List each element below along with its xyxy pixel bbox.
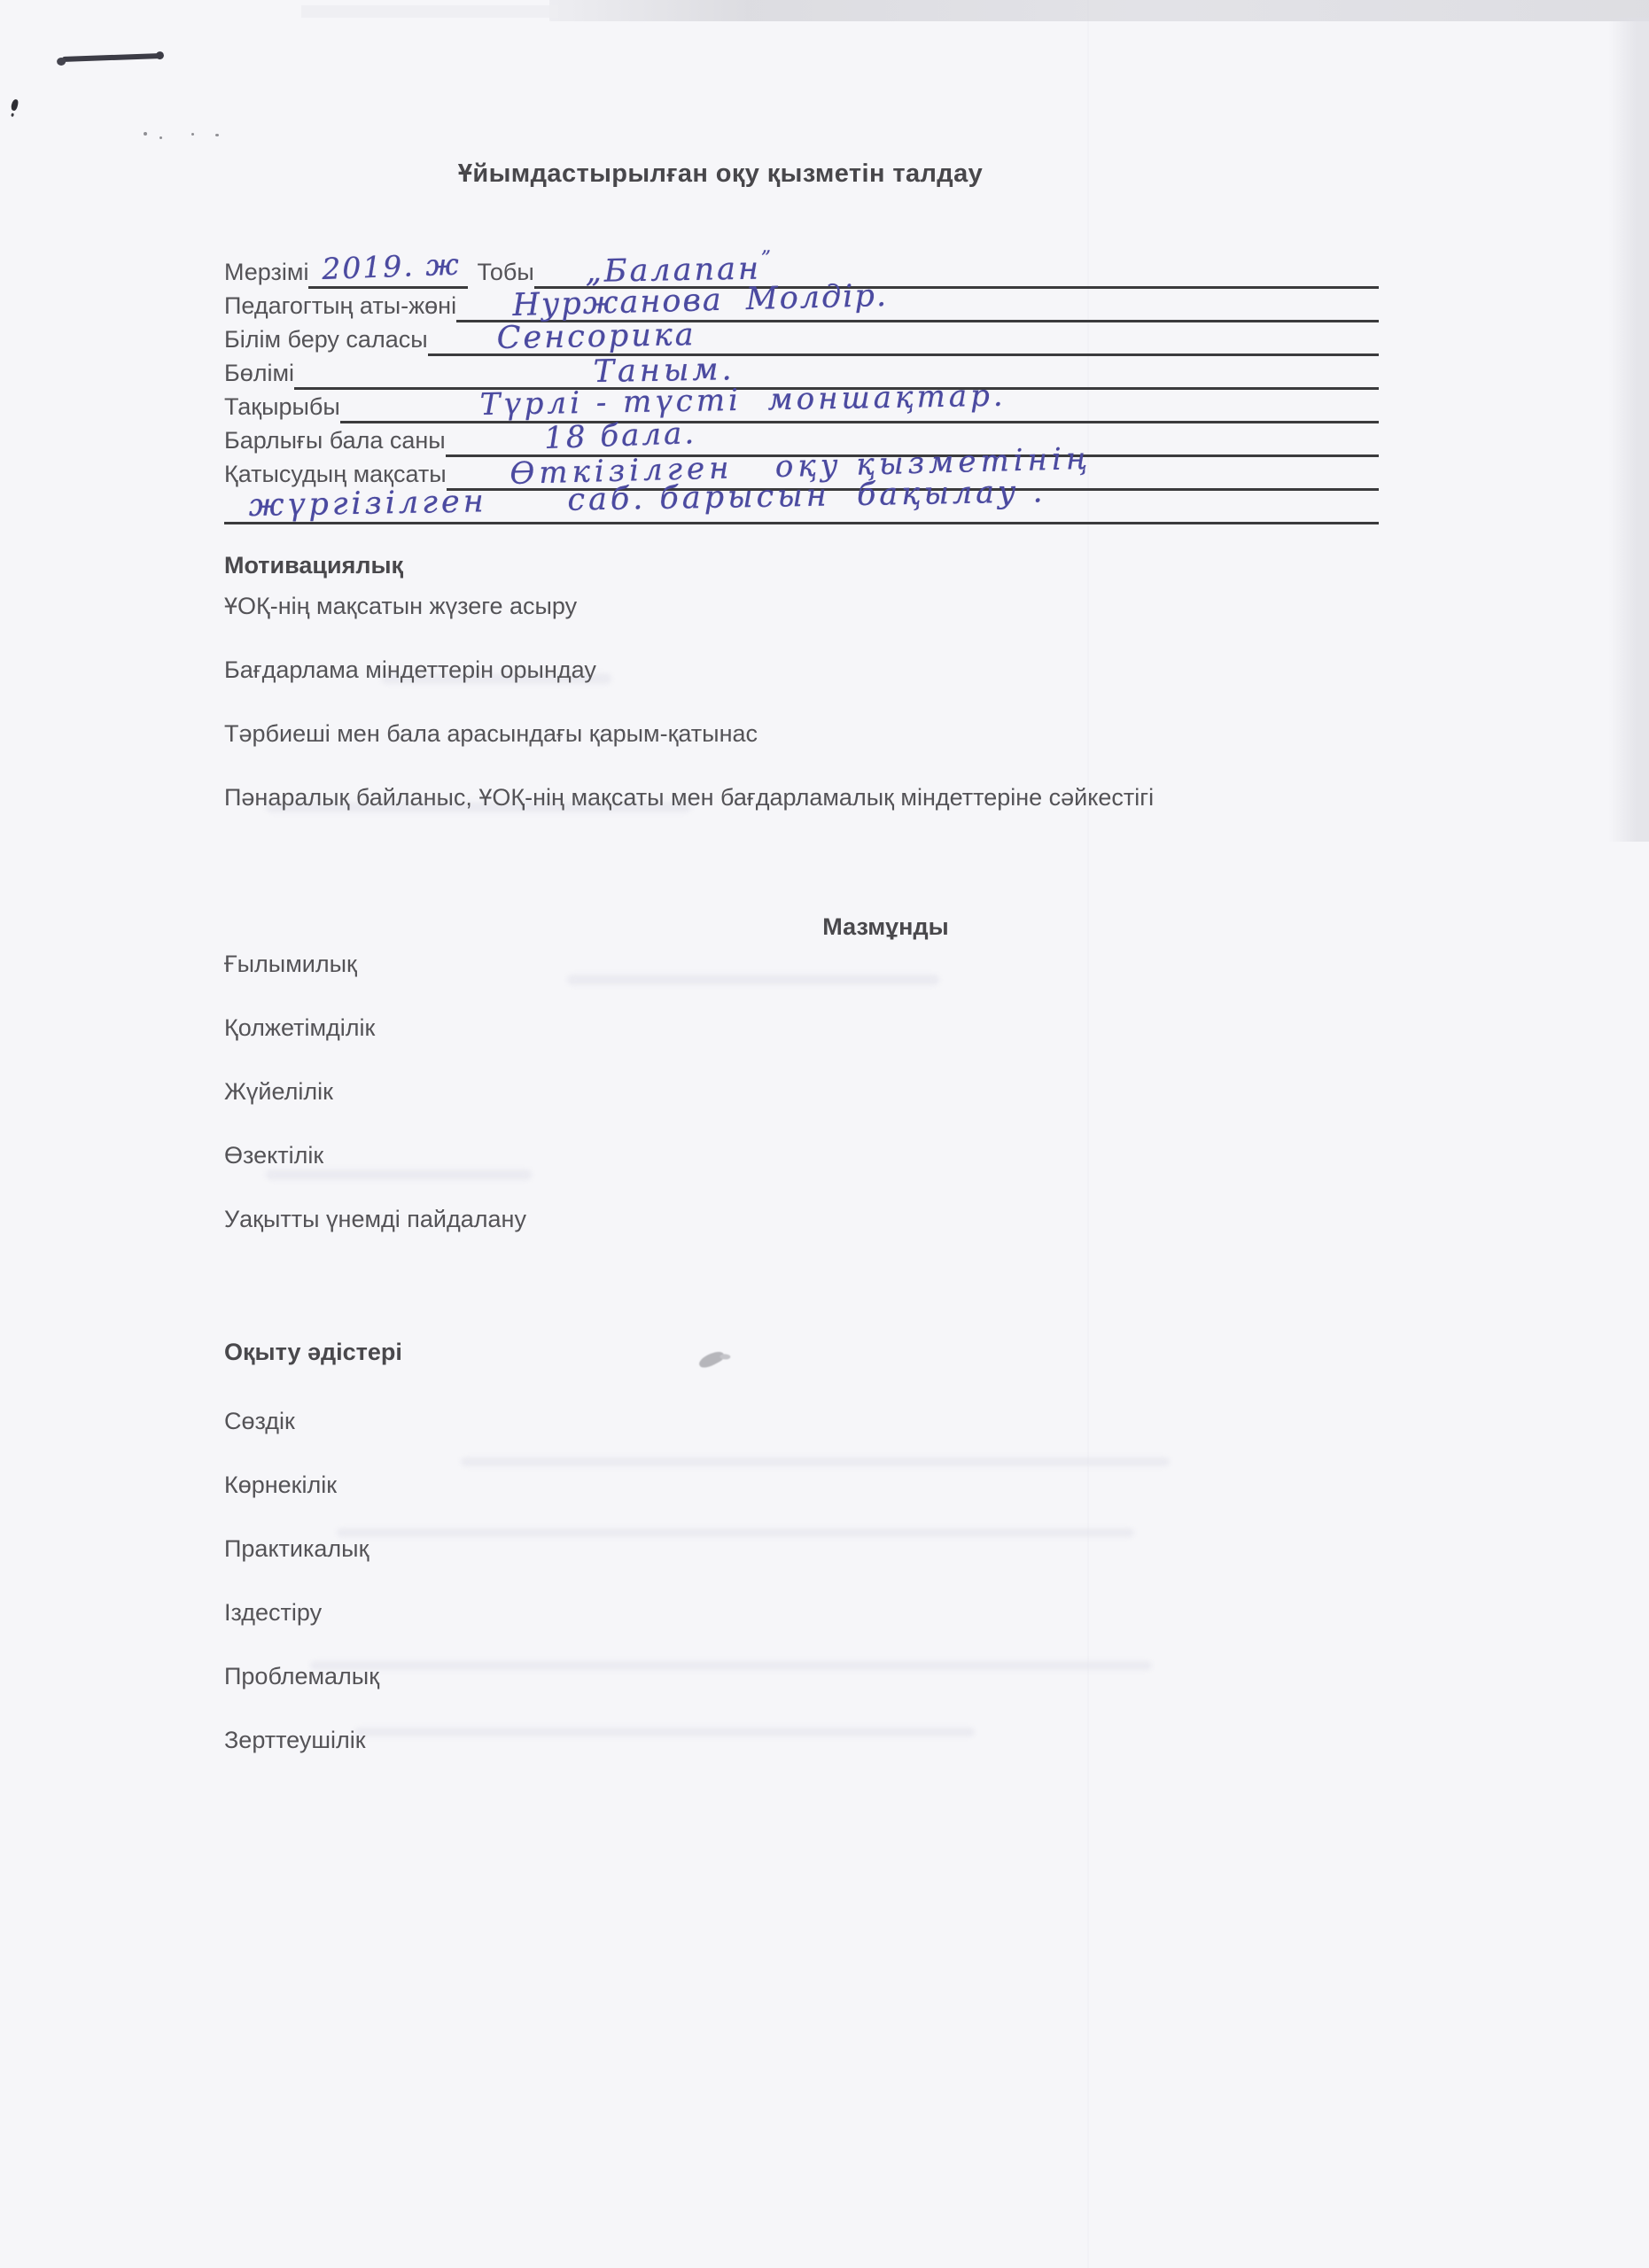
section-item: Практикалық bbox=[224, 1534, 1379, 1563]
section-content: Мазмұнды Ғылымилық Қолжетімділік Жүйеліл… bbox=[224, 913, 1379, 1233]
section-item: Қолжетімділік bbox=[224, 1014, 1379, 1042]
form-row-bilim-beru: Білім беру саласы Сенсорика bbox=[224, 322, 1379, 356]
form-row-maksaty-continued: жүргізілген саб. барысын бақылау . bbox=[224, 491, 1379, 524]
field-label: Білім беру саласы bbox=[224, 326, 428, 356]
section-motivational: Мотивациялық ҰОҚ-нің мақсатын жүзеге асы… bbox=[224, 551, 1379, 812]
section-teaching-methods: Оқыту әдістері Сөздік Көрнекілік Практик… bbox=[224, 1338, 1379, 1754]
dust-dot bbox=[215, 134, 219, 136]
section-item: Тәрбиеші мен бала арасындағы қарым-қатын… bbox=[224, 719, 1379, 748]
field-label: Тобы bbox=[468, 259, 533, 289]
form-row-pedagog: Педагогтың аты-жөні Нуржанова Молдір. bbox=[224, 289, 1379, 322]
field-line: жүргізілген саб. барысын бақылау . bbox=[224, 488, 1379, 524]
pen-stroke-mark bbox=[62, 53, 161, 62]
form-block: Мерзімі 2019. ж Тобы „Балапан” Педагогты… bbox=[224, 255, 1379, 524]
section-item: Көрнекілік bbox=[224, 1471, 1379, 1499]
section-item: Пәнаралық байланыс, ҰОҚ-нің мақсаты мен … bbox=[224, 783, 1379, 812]
ink-speck bbox=[11, 98, 19, 111]
dust-dot bbox=[191, 133, 194, 136]
section-heading: Оқыту әдістері bbox=[224, 1338, 1379, 1366]
handwritten-value: 18 бала. bbox=[543, 416, 696, 456]
section-heading: Мотивациялық bbox=[224, 551, 1379, 579]
section-item: ҰОҚ-нің мақсатын жүзеге асыру bbox=[224, 592, 1379, 620]
page-title: Ұйымдастырылған оқу қызметін талдау bbox=[0, 159, 1441, 189]
top-scan-shadow-light bbox=[301, 5, 558, 18]
field-label: Барлығы бала саны bbox=[224, 427, 446, 457]
section-item: Уақытты үнемді пайдалану bbox=[224, 1205, 1379, 1233]
quote-mark: ” bbox=[760, 247, 774, 269]
field-label: Бөлімі bbox=[224, 360, 294, 390]
section-item: Өзектілік bbox=[224, 1141, 1379, 1169]
section-item: Ғылымилық bbox=[224, 950, 1379, 978]
field-line: Түрлі - түсті моншақтар. bbox=[340, 387, 1379, 423]
section-item: Зерттеушілік bbox=[224, 1726, 1379, 1754]
field-label: Мерзімі bbox=[224, 259, 308, 289]
section-item: Жүйелілік bbox=[224, 1077, 1379, 1106]
field-line: Нуржанова Молдір. bbox=[456, 286, 1379, 322]
section-heading: Мазмұнды bbox=[308, 913, 1463, 941]
field-line: Сенсорика bbox=[428, 320, 1379, 356]
field-label: Педагогтың аты-жөні bbox=[224, 292, 456, 322]
section-item: Іздестіру bbox=[224, 1598, 1379, 1627]
dust-dot bbox=[144, 132, 147, 136]
top-scan-shadow bbox=[549, 0, 1649, 21]
dust-dot bbox=[159, 136, 162, 139]
handwritten-value: 2019. ж bbox=[322, 247, 462, 286]
criteria-sections: Мотивациялық ҰОҚ-нің мақсатын жүзеге асы… bbox=[224, 551, 1379, 1790]
section-item: Проблемалық bbox=[224, 1662, 1379, 1690]
right-scan-shadow bbox=[1608, 18, 1649, 842]
handwritten-value: Сенсорика bbox=[496, 317, 696, 356]
section-item: Сөздік bbox=[224, 1407, 1379, 1435]
field-line: 2019. ж bbox=[308, 252, 468, 289]
form-row-takyryby: Тақырыбы Түрлі - түсті моншақтар. bbox=[224, 390, 1379, 423]
section-item: Бағдарлама міндеттерін орындау bbox=[224, 656, 1379, 684]
field-label: Тақырыбы bbox=[224, 393, 340, 423]
scanned-document-page: Ұйымдастырылған оқу қызметін талдау Мерз… bbox=[0, 0, 1649, 2268]
